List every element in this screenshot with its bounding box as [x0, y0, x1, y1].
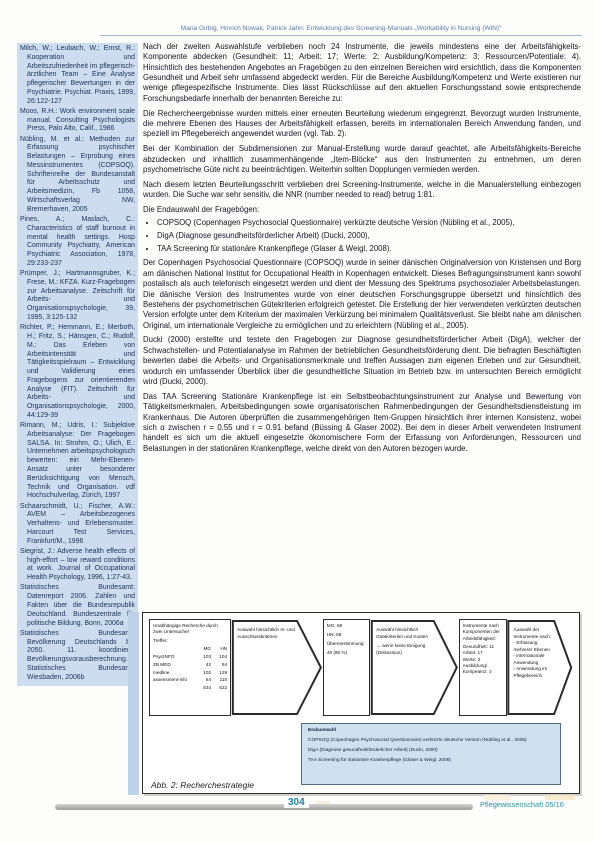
running-head: Maria Girbig, Hinrich Nowak, Patrick Jah…	[100, 25, 582, 36]
flow-step-label: Auswahl hinsichtlich In- und Ausschluss­…	[231, 619, 323, 646]
body-column: Nach der zweiten Auswahlstufe verblieben…	[143, 42, 581, 458]
flow-box-components: Instrumente nach Komponenten der Arbeits…	[459, 619, 508, 716]
flow-box-search: Unabhängige Recherche durch zwei Untersu…	[149, 619, 231, 716]
body-paragraph: Bei der Kombination der Subdimensionen z…	[143, 144, 581, 175]
flow-arrow-step-final: Auswahl der Instrumente nach: - Erfassun…	[507, 619, 573, 716]
body-paragraph: Nach diesem letzten Beurteilungsschritt …	[143, 180, 581, 201]
flow-arrow-step-inclusion: Auswahl hinsichtlich In- und Ausschluss­…	[231, 619, 323, 716]
table-col-header: MG	[197, 646, 211, 652]
table-cell: 103	[197, 654, 211, 660]
final-selection-item: TAA Screening für stationäre Krankenpfle…	[157, 244, 581, 254]
body-paragraph: Ducki (2000) erstellte und testete den F…	[143, 335, 581, 387]
components-title: Instrumente nach Komponenten der Arbeits…	[463, 623, 504, 642]
table-row-label: assessment-info	[153, 677, 195, 683]
flow-box-agreement: MG: 59 HN: 58 Übereinstimmung: 49 (86 %)	[323, 619, 370, 716]
flow-arrow-step-quality: Auswahl hinsichtlich Gütekriterien und K…	[370, 619, 459, 716]
table-row-label: PsycINFO	[153, 654, 195, 660]
flowchart-row: Unabhängige Recherche durch zwei Untersu…	[149, 619, 573, 716]
reference-item: Prümper, J.; Hartmannsgruber, K.; Frese,…	[20, 270, 135, 323]
table-cell: 42	[197, 662, 211, 668]
table-cell: 54	[213, 662, 227, 668]
table-col-header: HN	[213, 646, 227, 652]
table-cell	[153, 646, 195, 652]
final-step-title: Auswahl der Instrumente nach:	[513, 627, 557, 640]
journal-label: Pflegewissenschaft 05/16	[480, 800, 564, 809]
reference-item: Moos, R.H.: Work environment scale manua…	[20, 108, 135, 134]
reference-item: Nübling, M. et al.: Methoden zur Erfassu…	[20, 136, 135, 215]
flow-step-label: Auswahl hinsichtlich Gütekriterien und K…	[370, 619, 459, 662]
final-box-item: DigA (Diagnose gesundheitsförderlicher A…	[308, 748, 554, 754]
references-column: Milch, W.; Leubach, W.; Ernst, R.: Koope…	[17, 43, 138, 686]
flow-box-search-title: Unabhängige Recherche durch zwei Untersu…	[153, 623, 227, 636]
final-selection-intro: Die Endauswahl der Fragebögen:	[143, 205, 581, 215]
table-sum-cell: 622	[213, 685, 227, 691]
body-paragraph: Das TAA Screening Stationäre Krankenpfle…	[143, 392, 581, 454]
agreement-line: MG: 59	[327, 623, 366, 629]
agreement-line: Übereinstimmung:	[327, 641, 366, 647]
agreement-line: HN: 58	[327, 632, 366, 638]
quality-step-note: → wenn keine Einigung (Diskussion)	[376, 643, 443, 656]
body-paragraph: Die Rechercheergebnisse wurden mittels e…	[143, 109, 581, 140]
table-row-label: ZB MED	[153, 662, 195, 668]
table-cell: 104	[213, 654, 227, 660]
quality-step-title: Auswahl hinsichtlich Gütekriterien und K…	[376, 627, 443, 640]
reference-item: Siegrist, J.: Adverse health effects of …	[20, 548, 135, 583]
flow-step-label: Auswahl der Instrumente nach: - Erfassun…	[507, 619, 573, 686]
component-count: Ausbildung/ Kompetenz: 3	[463, 663, 504, 676]
body-paragraph: Der Copenhagen Psychosocial Questionnair…	[143, 258, 581, 331]
final-box-item: COPSOQ (Copenhagen Psychosocial Question…	[308, 738, 554, 744]
final-selection-item: COPSOQ (Copenhagen Psychosocial Question…	[157, 218, 581, 228]
reference-item: Pines, A.; Maslach, C.: Characteristics …	[20, 216, 135, 269]
final-step-criterion: - Anwendung im Pflegebereich	[513, 666, 557, 679]
reference-item: Richter, P.; Hemmann, E.; Merboth, H.; F…	[20, 324, 135, 420]
footer-rule	[55, 804, 473, 810]
body-paragraph: Nach der zweiten Auswahlstufe verblieben…	[143, 42, 581, 104]
reference-item: Schaarschmidt, U.; Fischer, A.W.: AVEM –…	[20, 503, 135, 547]
figure-caption: Abb. 2: Recherchestrategie	[151, 780, 254, 790]
final-selection-list: COPSOQ (Copenhagen Psychosocial Question…	[143, 218, 581, 254]
reference-item: Statistisches Bundesamt: Bevölkerung Deu…	[20, 630, 135, 683]
final-selection-box: Endauswahl COPSOQ (Copenhagen Psychosoci…	[301, 723, 561, 785]
table-cell	[153, 685, 195, 691]
margin-strip	[128, 612, 139, 795]
table-cell: 102	[197, 670, 211, 676]
final-step-criterion: - Erfassung mehrerer Ebenen	[513, 640, 557, 653]
treffer-table: MG HN PsycINFO 103 104 ZB MED 42 54 medl…	[153, 646, 227, 692]
table-sum-cell: 534	[197, 685, 211, 691]
final-step-criterion: - internationale Anwendung	[513, 653, 557, 666]
table-row-label: medline	[153, 670, 195, 676]
agreement-line: 49 (86 %)	[327, 650, 366, 656]
table-cell: 64	[197, 677, 211, 683]
page-number: 304	[284, 797, 309, 808]
table-cell: 110	[213, 677, 227, 683]
reference-item: Statistisches Bundesamt: Datenreport 200…	[20, 584, 135, 628]
paper-page: Maria Girbig, Hinrich Nowak, Patrick Jah…	[0, 0, 595, 842]
table-cell: 129	[213, 670, 227, 676]
reference-item: Milch, W.; Leubach, W.; Ernst, R.: Koope…	[20, 45, 135, 106]
treffer-label: Treffer:	[153, 638, 227, 644]
final-box-title: Endauswahl	[308, 728, 554, 734]
final-selection-item: DigA (Diagnose gesundheitsförderlicher A…	[157, 231, 581, 241]
figure-recherchestrategie: Unabhängige Recherche durch zwei Untersu…	[142, 612, 580, 794]
final-box-item: TAA Screening für stationäre Krankenpfle…	[308, 758, 554, 764]
reference-item: Rimann, M.; Udris, I.: Subjektive Arbeit…	[20, 422, 135, 501]
